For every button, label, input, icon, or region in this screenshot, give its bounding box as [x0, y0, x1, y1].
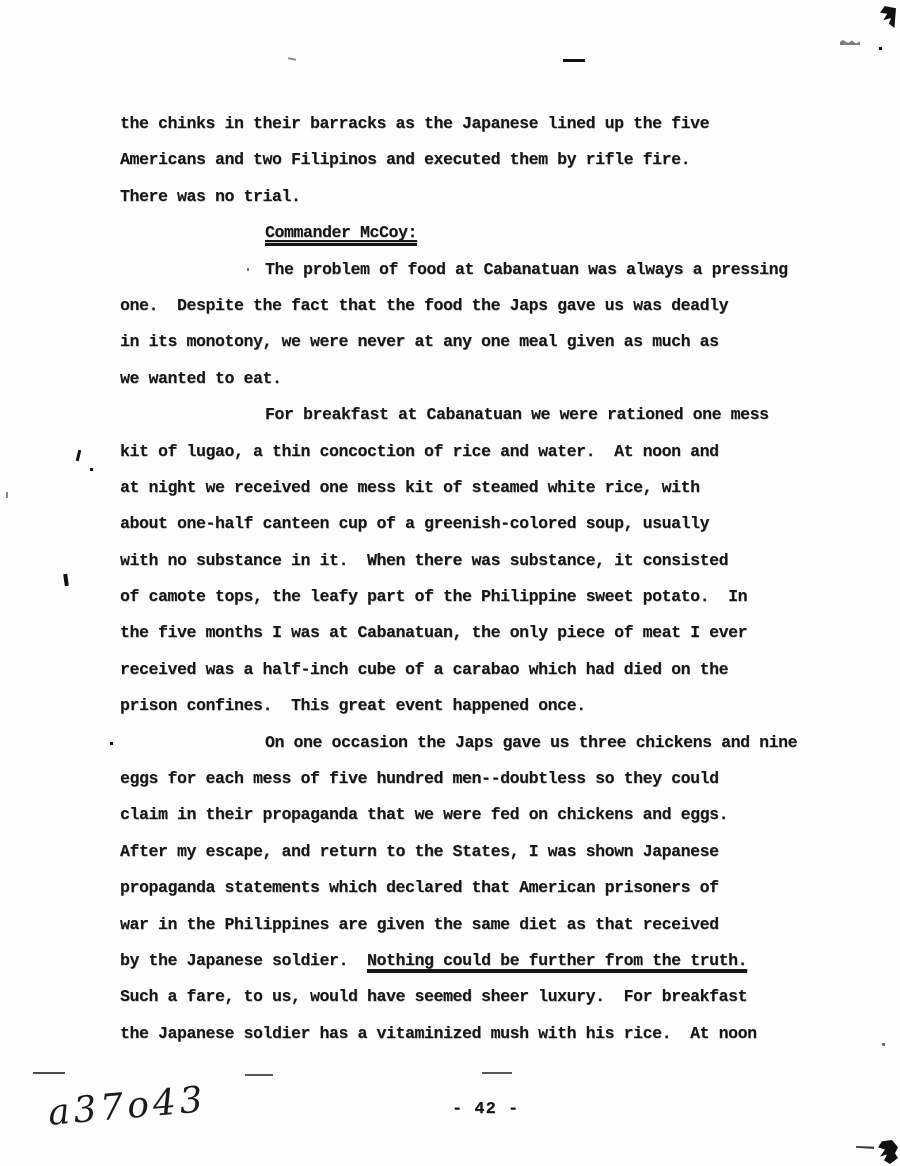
scan-artifact — [563, 59, 585, 62]
text-line: eggs for each mess of five hundred men--… — [120, 761, 810, 797]
handwritten-archive-id: a37o43 — [47, 1079, 209, 1134]
text-line: war in the Philippines are given the sam… — [120, 907, 810, 943]
text-line: received was a half-inch cube of a carab… — [120, 652, 810, 688]
text-line: kit of lugao, a thin concoction of rice … — [120, 434, 810, 470]
text-line: For breakfast at Cabanatuan we were rati… — [120, 397, 810, 433]
scan-artifact — [247, 268, 249, 271]
scan-artifact — [76, 450, 82, 461]
scanned-document-page: the chinks in their barracks as the Japa… — [0, 0, 900, 1166]
scan-artifact — [288, 57, 296, 61]
scan-artifact — [882, 1043, 885, 1046]
text-line: the chinks in their barracks as the Japa… — [120, 106, 810, 142]
scan-artifact — [6, 492, 8, 498]
scan-artifact — [880, 6, 896, 28]
section-heading: Commander McCoy: — [120, 215, 810, 251]
text-line: After my escape, and return to the State… — [120, 834, 810, 870]
text-line: There was no trial. — [120, 179, 810, 215]
underlined-sentence: Nothing could be further from the truth. — [367, 951, 747, 973]
scan-artifact — [33, 1072, 65, 1074]
scan-artifact — [90, 468, 93, 471]
text-line: one. Despite the fact that the food the … — [120, 288, 810, 324]
scan-artifact — [482, 1072, 512, 1074]
scan-artifact — [245, 1074, 273, 1076]
scan-artifact — [856, 1146, 874, 1149]
scan-artifact — [878, 1140, 898, 1164]
text-line: On one occasion the Japs gave us three c… — [120, 725, 810, 761]
scan-artifact — [879, 47, 882, 50]
scan-artifact — [63, 574, 69, 586]
text-line: by the Japanese soldier. Nothing could b… — [120, 943, 810, 979]
text-line: the Japanese soldier has a vitaminized m… — [120, 1016, 810, 1052]
text-line: the five months I was at Cabanatuan, the… — [120, 615, 810, 651]
text-line: about one-half canteen cup of a greenish… — [120, 506, 810, 542]
scan-artifact — [840, 40, 860, 45]
text-line: The problem of food at Cabanatuan was al… — [120, 252, 810, 288]
text-line: in its monotony, we were never at any on… — [120, 324, 810, 360]
text-line: with no substance in it. When there was … — [120, 543, 810, 579]
page-number: - 42 - — [452, 1100, 519, 1119]
scan-artifact — [110, 742, 113, 745]
text-line: propaganda statements which declared tha… — [120, 870, 810, 906]
text-line: prison confines. This great event happen… — [120, 688, 810, 724]
text-line: at night we received one mess kit of ste… — [120, 470, 810, 506]
text-line: of camote tops, the leafy part of the Ph… — [120, 579, 810, 615]
text-line: Such a fare, to us, would have seemed sh… — [120, 979, 810, 1015]
document-body: the chinks in their barracks as the Japa… — [120, 106, 810, 1052]
text-line: we wanted to eat. — [120, 361, 810, 397]
text-line: claim in their propaganda that we were f… — [120, 797, 810, 833]
text-line: Americans and two Filipinos and executed… — [120, 142, 810, 178]
